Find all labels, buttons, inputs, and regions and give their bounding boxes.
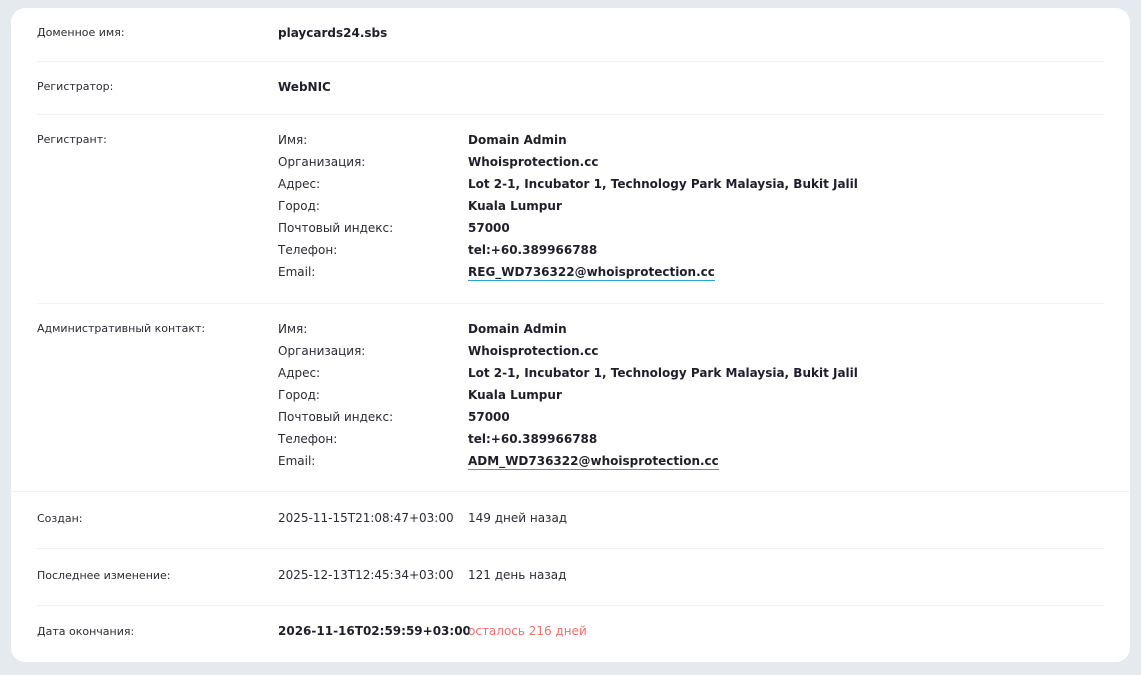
updated-date: 2025-12-13T12:45:34+03:00 [278,568,454,582]
expires-date: 2026-11-16T02:59:59+03:00 [278,624,471,638]
field-key: Телефон: [278,243,337,257]
registrar-label: Регистратор: [37,80,113,93]
field-value: Whoisprotection.cc [468,155,598,169]
created-row: Создан: 2025-11-15T21:08:47+03:00 149 дн… [37,492,1104,549]
domain-row: Доменное имя: playcards24.sbs [37,8,1104,62]
expires-row: Дата окончания: 2026-11-16T02:59:59+03:0… [37,606,1104,662]
field-key: Организация: [278,344,365,358]
field-key: Email: [278,265,315,279]
field-key: Телефон: [278,432,337,446]
registrant-row: Регистрант: Имя: Domain Admin Организаци… [37,115,1104,304]
field-value: Lot 2-1, Incubator 1, Technology Park Ma… [468,366,858,380]
field-key: Почтовый индекс: [278,410,393,424]
field-value: Whoisprotection.cc [468,344,598,358]
field-value: tel:+60.389966788 [468,243,597,257]
field-value: Kuala Lumpur [468,199,562,213]
updated-label: Последнее изменение: [37,569,171,582]
updated-row: Последнее изменение: 2025-12-13T12:45:34… [37,549,1104,606]
field-key: Город: [278,388,320,402]
field-key: Email: [278,454,315,468]
registrant-label: Регистрант: [37,133,107,146]
domain-label: Доменное имя: [37,26,125,39]
admin-contact-row: Административный контакт: Имя: Domain Ad… [11,304,1130,492]
field-value: 57000 [468,221,510,235]
expires-remaining: осталось 216 дней [468,624,587,638]
created-ago: 149 дней назад [468,511,567,525]
field-key: Адрес: [278,366,320,380]
field-key: Адрес: [278,177,320,191]
expires-label: Дата окончания: [37,625,134,638]
registrar-row: Регистратор: WebNIC [37,62,1104,115]
field-key: Имя: [278,322,307,336]
field-value: 57000 [468,410,510,424]
registrant-email-link[interactable]: REG_WD736322@whoisprotection.cc [468,265,715,281]
field-value: Domain Admin [468,133,567,147]
updated-ago: 121 день назад [468,568,566,582]
field-key: Город: [278,199,320,213]
created-label: Создан: [37,512,83,525]
whois-card: Доменное имя: playcards24.sbs Регистрато… [11,8,1130,662]
admin-email-link[interactable]: ADM_WD736322@whoisprotection.cc [468,454,719,470]
field-key: Почтовый индекс: [278,221,393,235]
domain-value: playcards24.sbs [278,26,387,40]
field-value: Lot 2-1, Incubator 1, Technology Park Ma… [468,177,858,191]
field-value: Kuala Lumpur [468,388,562,402]
registrar-value: WebNIC [278,80,331,94]
admin-contact-label: Административный контакт: [37,322,205,335]
field-value: tel:+60.389966788 [468,432,597,446]
field-value: Domain Admin [468,322,567,336]
created-date: 2025-11-15T21:08:47+03:00 [278,511,454,525]
field-key: Имя: [278,133,307,147]
field-key: Организация: [278,155,365,169]
